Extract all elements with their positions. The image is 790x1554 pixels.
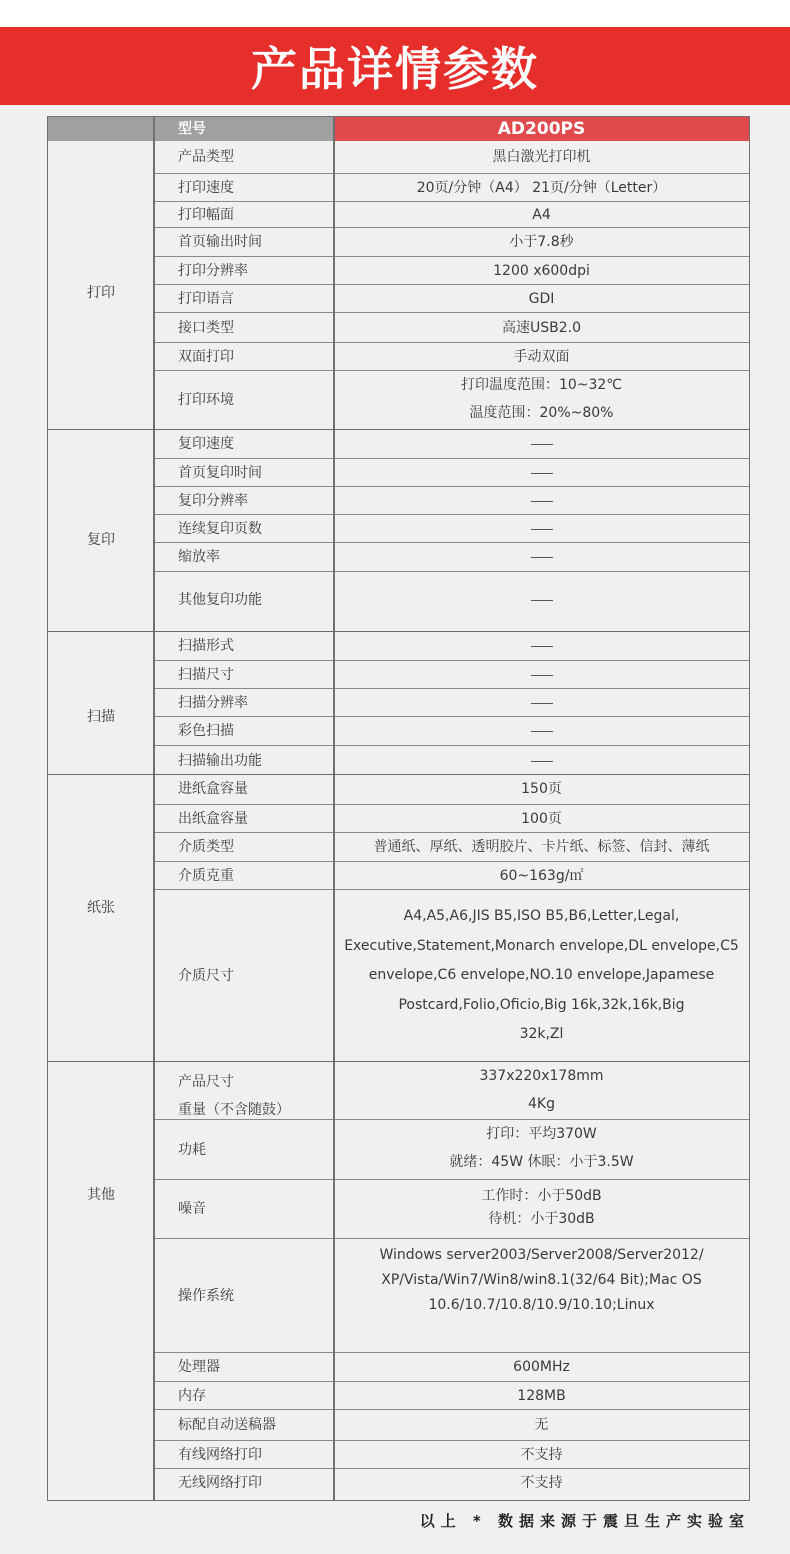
table-row: 介质克重60~163g/㎡ — [154, 861, 749, 889]
row-label: 介质克重 — [178, 862, 234, 890]
row-label: 打印速度 — [178, 174, 234, 202]
row-label: 噪音 — [178, 1180, 206, 1239]
table-row: 有线网络打印不支持 — [154, 1440, 749, 1468]
dash-placeholder — [531, 600, 553, 601]
dash-placeholder — [531, 444, 553, 445]
row-label: 彩色扫描 — [178, 717, 234, 746]
row-label: 标配自动送稿器 — [178, 1410, 276, 1441]
row-label: 打印分辨率 — [178, 257, 248, 285]
category-label: 扫描 — [48, 706, 154, 726]
table-row: 彩色扫描 — [154, 716, 749, 745]
row-value: 600MHz — [334, 1353, 749, 1382]
row-value-line: 就绪：45W 休眠：小于3.5W — [334, 1148, 749, 1176]
table-row: 打印环境打印温度范围：10~32℃温度范围：20%~80% — [154, 370, 749, 429]
row-value: 打印温度范围：10~32℃温度范围：20%~80% — [334, 371, 749, 427]
dash-placeholder — [531, 646, 553, 647]
row-value: 手动双面 — [334, 343, 749, 371]
row-label-line: 产品尺寸 — [178, 1068, 290, 1096]
row-value — [334, 661, 749, 689]
row-value-line: 普通纸、厚纸、透明胶片、卡片纸、标签、信封、薄纸 — [334, 833, 749, 862]
category-label: 打印 — [48, 282, 154, 302]
row-value-line — [334, 487, 749, 515]
row-label: 其他复印功能 — [178, 572, 262, 629]
table-row: 介质尺寸A4,A5,A6,JIS B5,ISO B5,B6,Letter,Leg… — [154, 889, 749, 1062]
row-value-line — [334, 746, 749, 776]
row-value-line: Windows server2003/Server2008/Server2012… — [334, 1243, 749, 1268]
row-label: 扫描分辨率 — [178, 689, 248, 717]
row-value — [334, 543, 749, 572]
table-row: 扫描输出功能 — [154, 745, 749, 775]
row-value-line: 10.6/10.7/10.8/10.9/10.10;Linux — [334, 1293, 749, 1318]
row-value-line: 32k,Zl — [334, 1020, 749, 1050]
row-label: 复印分辨率 — [178, 487, 248, 515]
row-value-line: 100页 — [334, 805, 749, 833]
category-label: 复印 — [48, 529, 154, 549]
row-label: 无线网络打印 — [178, 1469, 262, 1498]
table-row: 扫描分辨率 — [154, 688, 749, 716]
row-value-line: XP/Vista/Win7/Win8/win8.1(32/64 Bit);Mac… — [334, 1268, 749, 1293]
row-value-line: 4Kg — [334, 1090, 749, 1118]
page-title: 产品详情参数 — [251, 33, 539, 99]
row-value: 150页 — [334, 775, 749, 804]
row-value: 128MB — [334, 1382, 749, 1410]
row-label: 打印环境 — [178, 371, 234, 430]
table-row: 首页复印时间 — [154, 458, 749, 486]
dash-placeholder — [531, 557, 553, 558]
row-value-line: 打印温度范围：10~32℃ — [334, 371, 749, 399]
row-value — [334, 689, 749, 717]
row-label: 产品尺寸重量（不含随鼓） — [178, 1068, 290, 1124]
row-value — [334, 459, 749, 487]
row-label: 缩放率 — [178, 543, 220, 572]
table-row: 复印速度 — [154, 430, 749, 458]
row-value: 高速USB2.0 — [334, 313, 749, 343]
row-value: A4,A5,A6,JIS B5,ISO B5,B6,Letter,Legal,E… — [334, 902, 749, 1050]
row-value-line — [334, 430, 749, 458]
row-label: 双面打印 — [178, 343, 234, 371]
table-row: 功耗打印：平均370W就绪：45W 休眠：小于3.5W — [154, 1119, 749, 1179]
row-value: 工作时：小于50dB待机：小于30dB — [334, 1185, 749, 1231]
table-row: 介质类型普通纸、厚纸、透明胶片、卡片纸、标签、信封、薄纸 — [154, 832, 749, 861]
dash-placeholder — [531, 501, 553, 502]
row-value-line: Postcard,Folio,Oficio,Big 16k,32k,16k,Bi… — [334, 991, 749, 1021]
table-row: 操作系统Windows server2003/Server2008/Server… — [154, 1238, 749, 1352]
row-label: 打印幅面 — [178, 202, 234, 228]
row-label: 内存 — [178, 1382, 206, 1410]
table-row: 噪音工作时：小于50dB待机：小于30dB — [154, 1179, 749, 1238]
row-label: 进纸盒容量 — [178, 775, 248, 804]
row-label: 接口类型 — [178, 313, 234, 343]
row-value-line: 337x220x178mm — [334, 1062, 749, 1090]
row-value: GDI — [334, 285, 749, 313]
dash-placeholder — [531, 675, 553, 676]
row-value-line — [334, 515, 749, 543]
row-label: 扫描尺寸 — [178, 661, 234, 689]
row-label: 首页复印时间 — [178, 459, 262, 487]
dash-placeholder — [531, 473, 553, 474]
row-label: 产品类型 — [178, 141, 234, 173]
row-label: 复印速度 — [178, 430, 234, 458]
dash-placeholder — [531, 529, 553, 530]
row-value: 不支持 — [334, 1469, 749, 1498]
column-divider — [153, 117, 155, 1500]
row-value-line: 工作时：小于50dB — [334, 1185, 749, 1208]
row-value: 不支持 — [334, 1441, 749, 1469]
category-label: 纸张 — [48, 897, 154, 917]
table-row: 扫描形式 — [154, 632, 749, 660]
table-row: 产品尺寸重量（不含随鼓）337x220x178mm4Kg — [154, 1062, 749, 1119]
row-value-line — [334, 689, 749, 717]
row-value-line — [334, 717, 749, 746]
dash-placeholder — [531, 761, 553, 762]
spec-table: 型号 AD200PS 打印产品类型黑白激光打印机打印速度20页/分钟（A4） 2… — [47, 116, 750, 1501]
row-value: 黑白激光打印机 — [334, 141, 749, 173]
table-row: 打印幅面A4 — [154, 201, 749, 227]
table-row: 内存128MB — [154, 1381, 749, 1409]
row-value: 打印：平均370W就绪：45W 休眠：小于3.5W — [334, 1120, 749, 1176]
row-value-line — [334, 543, 749, 572]
row-value: Windows server2003/Server2008/Server2012… — [334, 1243, 749, 1318]
row-value-line: 打印：平均370W — [334, 1120, 749, 1148]
row-value: 20页/分钟（A4） 21页/分钟（Letter） — [334, 174, 749, 202]
row-value — [334, 717, 749, 746]
row-value — [334, 430, 749, 458]
row-label: 首页输出时间 — [178, 228, 262, 257]
row-value: 100页 — [334, 805, 749, 833]
row-value: A4 — [334, 202, 749, 228]
row-label: 介质类型 — [178, 833, 234, 862]
row-value: 无 — [334, 1410, 749, 1441]
row-value-line: 60~163g/㎡ — [334, 862, 749, 890]
row-label: 有线网络打印 — [178, 1441, 262, 1469]
row-label: 打印语言 — [178, 285, 234, 313]
row-value-line — [334, 661, 749, 689]
title-banner: 产品详情参数 — [0, 27, 790, 105]
row-value-line: 150页 — [334, 775, 749, 804]
row-value: 1200 x600dpi — [334, 257, 749, 285]
row-value-line: envelope,C6 envelope,NO.10 envelope,Japa… — [334, 961, 749, 991]
row-value-line: 手动双面 — [334, 343, 749, 371]
row-value-line: A4,A5,A6,JIS B5,ISO B5,B6,Letter,Legal, — [334, 902, 749, 932]
top-margin — [0, 0, 790, 27]
row-value-line — [334, 572, 749, 629]
row-value-line: Executive,Statement,Monarch envelope,DL … — [334, 932, 749, 962]
table-row: 打印分辨率1200 x600dpi — [154, 256, 749, 284]
row-value-line: 600MHz — [334, 1353, 749, 1382]
row-label: 连续复印页数 — [178, 515, 262, 543]
row-value-line: 不支持 — [334, 1441, 749, 1469]
row-value-line: 1200 x600dpi — [334, 257, 749, 285]
table-row: 处理器600MHz — [154, 1352, 749, 1381]
row-label: 处理器 — [178, 1353, 220, 1382]
table-row: 其他复印功能 — [154, 571, 749, 628]
dash-placeholder — [531, 731, 553, 732]
table-row: 复印分辨率 — [154, 486, 749, 514]
row-value-line: 无 — [334, 1410, 749, 1441]
table-row: 接口类型高速USB2.0 — [154, 312, 749, 342]
row-value — [334, 515, 749, 543]
table-row: 连续复印页数 — [154, 514, 749, 542]
row-label: 操作系统 — [178, 1239, 234, 1353]
table-row: 扫描尺寸 — [154, 660, 749, 688]
row-value-line: 温度范围：20%~80% — [334, 399, 749, 427]
row-value-line: A4 — [334, 202, 749, 228]
row-value-line: 不支持 — [334, 1469, 749, 1498]
header-category-cell — [48, 117, 154, 141]
table-row: 首页输出时间小于7.8秒 — [154, 227, 749, 256]
row-label: 扫描输出功能 — [178, 746, 262, 776]
row-value — [334, 746, 749, 776]
row-value-line: 20页/分钟（A4） 21页/分钟（Letter） — [334, 174, 749, 202]
row-value — [334, 572, 749, 629]
row-value-line — [334, 632, 749, 660]
table-row: 标配自动送稿器无 — [154, 1409, 749, 1440]
footer-note: 以上 * 数据来源于震旦生产实验室 — [420, 1510, 750, 1531]
table-row: 缩放率 — [154, 542, 749, 571]
row-value: 普通纸、厚纸、透明胶片、卡片纸、标签、信封、薄纸 — [334, 833, 749, 862]
table-row: 进纸盒容量150页 — [154, 775, 749, 804]
category-label: 其他 — [48, 1184, 154, 1204]
table-row: 双面打印手动双面 — [154, 342, 749, 370]
row-value-line: 高速USB2.0 — [334, 313, 749, 343]
row-value-line — [334, 459, 749, 487]
row-value-line: 128MB — [334, 1382, 749, 1410]
row-value: 60~163g/㎡ — [334, 862, 749, 890]
row-label: 功耗 — [178, 1120, 206, 1180]
row-value-line: GDI — [334, 285, 749, 313]
row-value: 337x220x178mm4Kg — [334, 1062, 749, 1118]
row-label: 出纸盒容量 — [178, 805, 248, 833]
row-label: 介质尺寸 — [178, 890, 234, 1063]
table-row: 产品类型黑白激光打印机 — [154, 141, 749, 173]
row-value-line: 待机：小于30dB — [334, 1208, 749, 1231]
header-label-cell: 型号 — [154, 117, 334, 141]
row-value-line: 黑白激光打印机 — [334, 141, 749, 173]
table-row: 打印语言GDI — [154, 284, 749, 312]
row-value — [334, 487, 749, 515]
row-value: 小于7.8秒 — [334, 228, 749, 257]
row-value-line: 小于7.8秒 — [334, 228, 749, 257]
column-divider — [333, 117, 335, 1500]
row-label: 扫描形式 — [178, 632, 234, 660]
table-row: 出纸盒容量100页 — [154, 804, 749, 832]
dash-placeholder — [531, 703, 553, 704]
row-value — [334, 632, 749, 660]
header-model-cell: AD200PS — [334, 117, 749, 141]
table-row: 无线网络打印不支持 — [154, 1468, 749, 1497]
table-row: 打印速度20页/分钟（A4） 21页/分钟（Letter） — [154, 173, 749, 201]
